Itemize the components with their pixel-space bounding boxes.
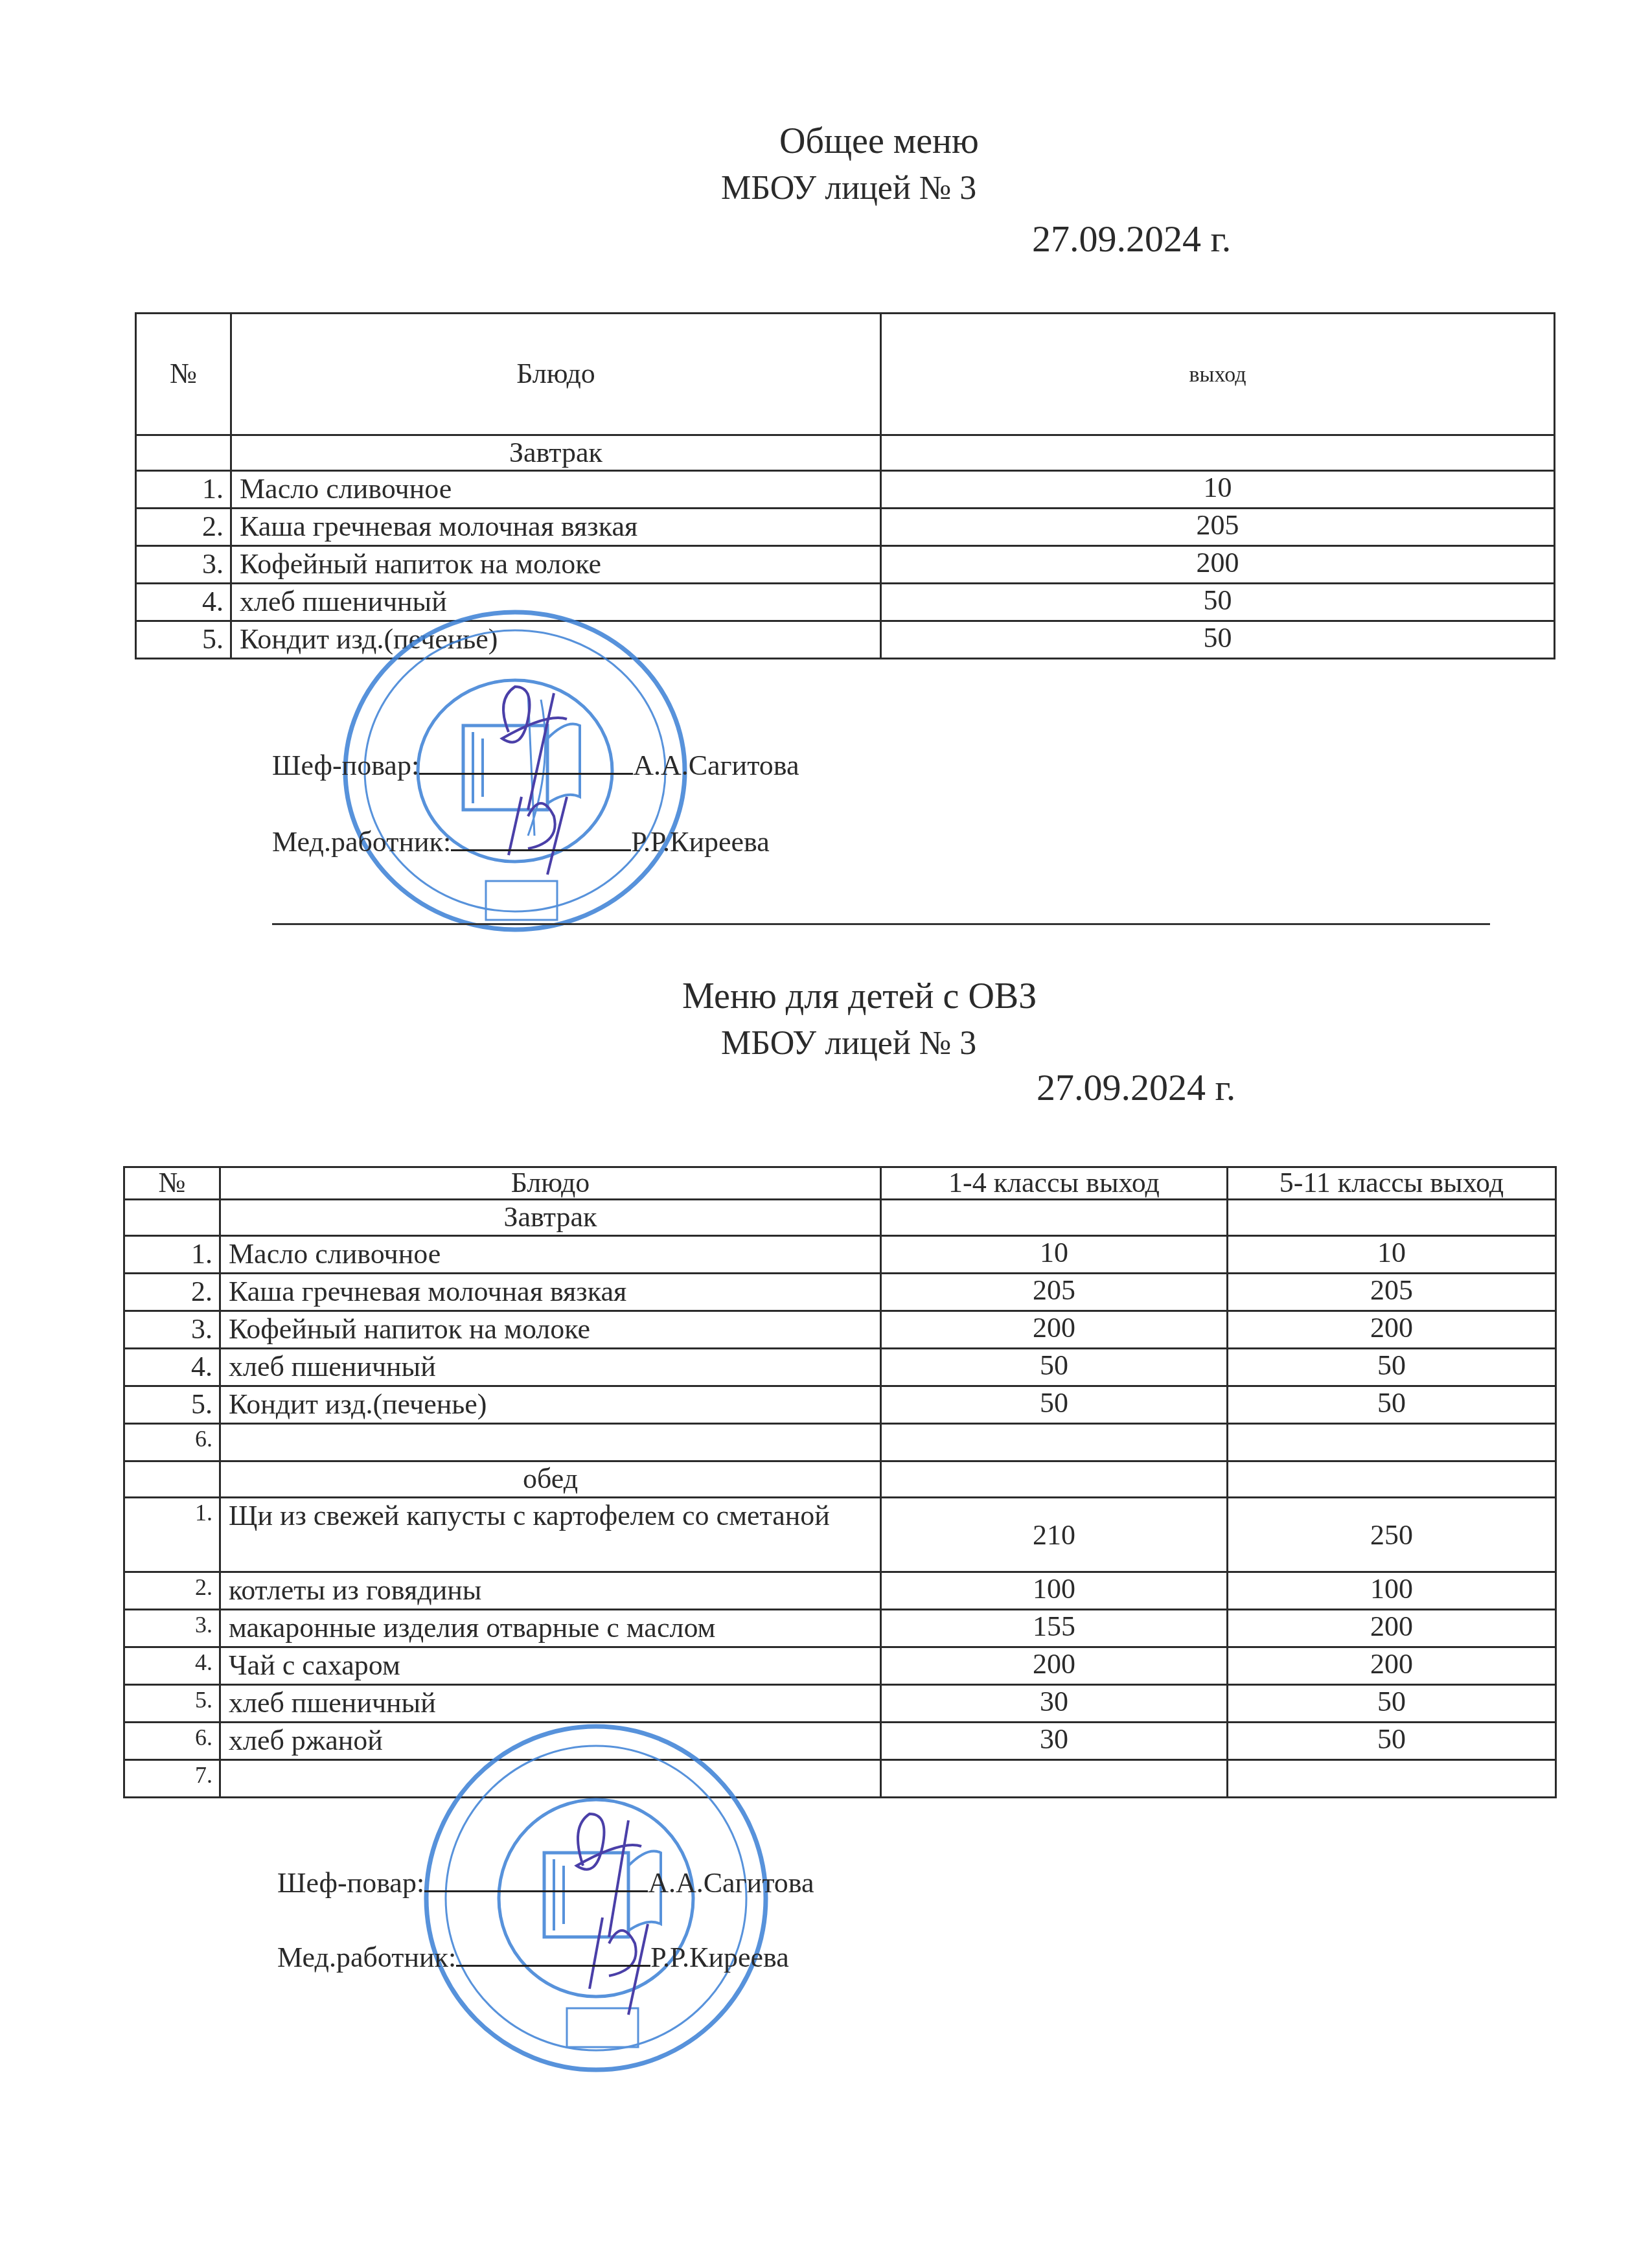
table-row: 5.Кондит изд.(печенье)5050 bbox=[124, 1386, 1556, 1424]
dish-name: Кофейный напиток на молоке bbox=[220, 1311, 881, 1349]
output-grades-1-4: 30 bbox=[881, 1685, 1228, 1723]
row-number: 1. bbox=[124, 1236, 220, 1274]
output-grades-5-11: 50 bbox=[1228, 1386, 1556, 1424]
output-grades-1-4: 100 bbox=[881, 1572, 1228, 1610]
table-row: 7. bbox=[124, 1760, 1556, 1798]
section-breakfast: Завтрак bbox=[220, 1200, 881, 1236]
table-row: 1.Щи из свежей капусты с картофелем со с… bbox=[124, 1498, 1556, 1572]
table-row: 5.хлеб пшеничный3050 bbox=[124, 1685, 1556, 1723]
signature-line bbox=[424, 1884, 648, 1892]
output-grades-1-4: 10 bbox=[881, 1236, 1228, 1274]
general-menu-title: Общее меню bbox=[779, 123, 979, 159]
header-dish: Блюдо bbox=[220, 1167, 881, 1200]
general-menu-date: 27.09.2024 г. bbox=[1032, 220, 1231, 258]
output-grades-5-11: 200 bbox=[1228, 1610, 1556, 1647]
table-row: 3.Кофейный напиток на молоке200200 bbox=[124, 1311, 1556, 1349]
header-dish: Блюдо bbox=[231, 314, 881, 435]
dish-name: Масло сливочное bbox=[220, 1236, 881, 1274]
header-grades-5-11: 5-11 классы выход bbox=[1228, 1167, 1556, 1200]
output-grades-5-11: 100 bbox=[1228, 1572, 1556, 1610]
section-divider bbox=[272, 923, 1490, 925]
ovz-menu-table: № Блюдо 1-4 классы выход 5-11 классы вых… bbox=[123, 1166, 1557, 1798]
output-grades-1-4: 50 bbox=[881, 1349, 1228, 1386]
output-grades-5-11 bbox=[1228, 1760, 1556, 1798]
dish-output: 50 bbox=[881, 584, 1555, 621]
dish-name: Чай с сахаром bbox=[220, 1647, 881, 1685]
table-row: 2.Каша гречневая молочная вязкая205 bbox=[136, 509, 1555, 546]
medic-label: Мед.работник: bbox=[272, 826, 451, 858]
dish-name: макаронные изделия отварные с маслом bbox=[220, 1610, 881, 1647]
table-row: 4.Чай с сахаром200200 bbox=[124, 1647, 1556, 1685]
output-grades-5-11: 200 bbox=[1228, 1647, 1556, 1685]
output-grades-1-4: 210 bbox=[881, 1498, 1228, 1572]
dish-name: Кондит изд.(печенье) bbox=[220, 1386, 881, 1424]
table-row: 1.Масло сливочное10 bbox=[136, 471, 1555, 509]
table-row: 4.хлеб пшеничный5050 bbox=[124, 1349, 1556, 1386]
row-number: 3. bbox=[124, 1610, 220, 1647]
output-grades-5-11: 50 bbox=[1228, 1685, 1556, 1723]
output-grades-1-4: 50 bbox=[881, 1386, 1228, 1424]
dish-name: хлеб пшеничный bbox=[220, 1349, 881, 1386]
chef-name: А.А.Сагитова bbox=[648, 1867, 814, 1899]
output-grades-5-11: 50 bbox=[1228, 1349, 1556, 1386]
dish-name: Кофейный напиток на молоке bbox=[231, 546, 881, 584]
ovz-medic-signature: Мед.работник:Р.Р.Киреева bbox=[277, 1943, 789, 1972]
header-grades-1-4: 1-4 классы выход bbox=[881, 1167, 1228, 1200]
dish-output: 10 bbox=[881, 471, 1555, 509]
table-row: 6. bbox=[124, 1424, 1556, 1461]
output-grades-5-11: 250 bbox=[1228, 1498, 1556, 1572]
row-number: 1. bbox=[124, 1498, 220, 1572]
signature-line bbox=[419, 766, 633, 775]
ovz-menu-school: МБОУ лицей № 3 bbox=[721, 1027, 976, 1060]
section-breakfast: Завтрак bbox=[231, 435, 881, 471]
header-output: выход bbox=[881, 314, 1555, 435]
dish-name: Каша гречневая молочная вязкая bbox=[220, 1274, 881, 1311]
output-grades-1-4 bbox=[881, 1760, 1228, 1798]
output-grades-5-11: 10 bbox=[1228, 1236, 1556, 1274]
dish-name: Каша гречневая молочная вязкая bbox=[231, 509, 881, 546]
table-row: 2.Каша гречневая молочная вязкая205205 bbox=[124, 1274, 1556, 1311]
ovz-menu-date: 27.09.2024 г. bbox=[1037, 1069, 1235, 1106]
output-grades-1-4: 200 bbox=[881, 1647, 1228, 1685]
dish-name: Масло сливочное bbox=[231, 471, 881, 509]
row-number: 4. bbox=[124, 1349, 220, 1386]
row-number: 7. bbox=[124, 1760, 220, 1798]
medic-name: Р.Р.Киреева bbox=[650, 1942, 789, 1973]
row-number: 2. bbox=[124, 1274, 220, 1311]
chef-label: Шеф-повар: bbox=[277, 1867, 424, 1899]
row-number: 5. bbox=[124, 1685, 220, 1723]
dish-name bbox=[220, 1424, 881, 1461]
general-medic-signature: Мед.работник:Р.Р.Киреева bbox=[272, 828, 770, 856]
output-grades-1-4: 200 bbox=[881, 1311, 1228, 1349]
dish-name: Щи из свежей капусты с картофелем со сме… bbox=[220, 1498, 881, 1572]
output-grades-5-11: 200 bbox=[1228, 1311, 1556, 1349]
signature-line bbox=[451, 843, 631, 851]
ovz-menu-title: Меню для детей с ОВЗ bbox=[682, 978, 1037, 1014]
row-number: 5. bbox=[136, 621, 231, 659]
table-row: 2.котлеты из говядины100100 bbox=[124, 1572, 1556, 1610]
dish-output: 205 bbox=[881, 509, 1555, 546]
output-grades-1-4: 205 bbox=[881, 1274, 1228, 1311]
dish-name: котлеты из говядины bbox=[220, 1572, 881, 1610]
row-number: 4. bbox=[136, 584, 231, 621]
table-row: 3.макаронные изделия отварные с маслом15… bbox=[124, 1610, 1556, 1647]
output-grades-5-11: 205 bbox=[1228, 1274, 1556, 1311]
row-number: 2. bbox=[136, 509, 231, 546]
table-row: 6.хлеб ржаной3050 bbox=[124, 1723, 1556, 1760]
dish-output: 50 bbox=[881, 621, 1555, 659]
row-number: 1. bbox=[136, 471, 231, 509]
header-num: № bbox=[124, 1167, 220, 1200]
chef-name: А.А.Сагитова bbox=[633, 750, 799, 781]
ovz-chef-signature: Шеф-повар:А.А.Сагитова bbox=[277, 1869, 814, 1897]
row-number: 3. bbox=[124, 1311, 220, 1349]
table-row: 3.Кофейный напиток на молоке200 bbox=[136, 546, 1555, 584]
row-number: 5. bbox=[124, 1386, 220, 1424]
medic-name: Р.Р.Киреева bbox=[631, 826, 770, 858]
header-num: № bbox=[136, 314, 231, 435]
table-row: 1.Масло сливочное1010 bbox=[124, 1236, 1556, 1274]
signature-line bbox=[456, 1958, 650, 1967]
output-grades-5-11: 50 bbox=[1228, 1723, 1556, 1760]
output-grades-1-4: 30 bbox=[881, 1723, 1228, 1760]
dish-output: 200 bbox=[881, 546, 1555, 584]
medic-label: Мед.работник: bbox=[277, 1942, 456, 1973]
general-menu-school: МБОУ лицей № 3 bbox=[721, 172, 976, 205]
output-grades-1-4 bbox=[881, 1424, 1228, 1461]
section-lunch: обед bbox=[220, 1461, 881, 1498]
row-number: 6. bbox=[124, 1424, 220, 1461]
row-number: 3. bbox=[136, 546, 231, 584]
row-number: 4. bbox=[124, 1647, 220, 1685]
output-grades-5-11 bbox=[1228, 1424, 1556, 1461]
output-grades-1-4: 155 bbox=[881, 1610, 1228, 1647]
row-number: 2. bbox=[124, 1572, 220, 1610]
row-number: 6. bbox=[124, 1723, 220, 1760]
chef-label: Шеф-повар: bbox=[272, 750, 419, 781]
general-chef-signature: Шеф-повар:А.А.Сагитова bbox=[272, 751, 799, 780]
